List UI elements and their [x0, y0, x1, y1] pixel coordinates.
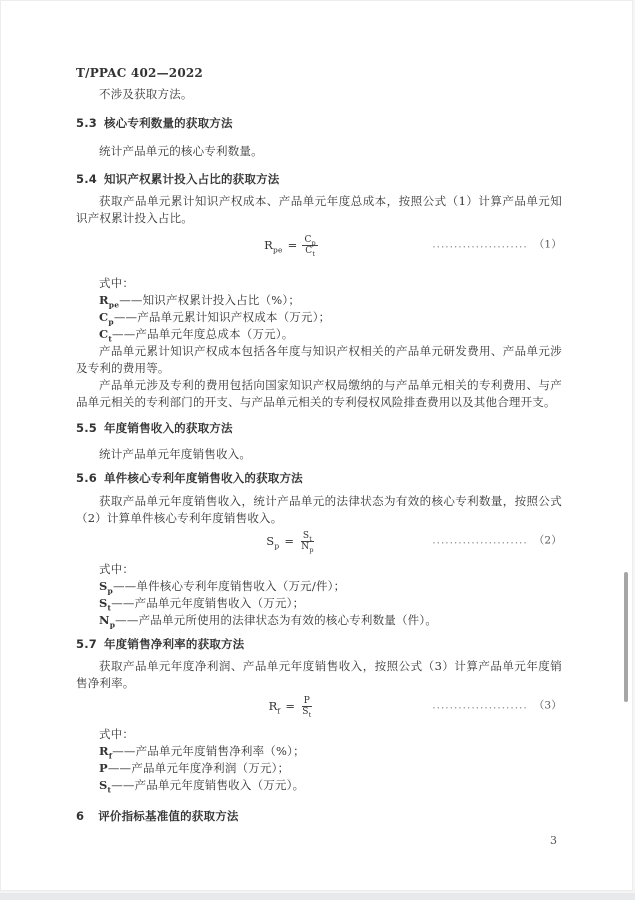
definition-text: ——产品单元所使用的法律状态为有效的核心专利数量（件）。: [115, 613, 437, 627]
section-number: 6: [76, 809, 84, 823]
fraction-numerator: Cp: [302, 235, 317, 246]
symbol: Rpe: [99, 293, 119, 307]
leader-dots: ......................: [432, 700, 527, 712]
definition-text: ——知识产权累计投入占比（%）；: [119, 293, 300, 307]
symbol: St: [99, 778, 111, 792]
section-title: 评价指标基准值的获取方法: [98, 809, 238, 823]
section-title: 年度销售收入的获取方法: [104, 421, 233, 435]
symbol: Ct: [99, 327, 112, 341]
fraction-denominator: Np: [299, 542, 315, 552]
section-number: 5.5: [76, 421, 97, 435]
paragraph-5-3: 统计产品单元的核心专利数量。: [76, 143, 562, 160]
fraction-denominator: St: [300, 707, 313, 717]
equation-label: （1）: [534, 239, 562, 251]
definition-text: ——产品单元年度销售收入（万元）；: [111, 596, 304, 610]
fraction-numerator: P: [302, 696, 312, 707]
equals-sign: =: [285, 698, 295, 715]
page-number: 3: [550, 834, 557, 847]
section-heading-5-3: 5.3核心专利数量的获取方法: [76, 115, 562, 132]
fraction: St Np: [299, 531, 315, 552]
paragraph-5-4-intro: 获取产品单元累计知识产权成本、产品单元年度总成本，按照公式（1）计算产品单元知识…: [76, 193, 562, 227]
scrollbar-thumb[interactable]: [624, 572, 628, 702]
definition-text: ——产品单元年度销售收入（万元）。: [111, 778, 304, 792]
page-bottom-edge: [0, 893, 635, 900]
symbol-definition: Sp——单件核心专利年度销售收入（万元/件）；: [76, 578, 562, 595]
fraction-numerator: St: [301, 531, 314, 542]
leader-dots: ......................: [432, 535, 527, 547]
section-title: 单件核心专利年度销售收入的获取方法: [104, 471, 303, 485]
where-label: 式中：: [76, 726, 562, 743]
symbol: Np: [99, 613, 115, 627]
symbol-definition: Ct——产品单元年度总成本（万元）。: [76, 326, 562, 343]
section-heading-5-6: 5.6单件核心专利年度销售收入的获取方法: [76, 470, 562, 487]
equation-3: Rf = P St: [269, 696, 314, 717]
symbol-definition: Np——产品单元所使用的法律状态为有效的核心专利数量（件）。: [76, 612, 562, 629]
definition-text: ——产品单元累计知识产权成本（万元）；: [114, 310, 331, 324]
definition-text: ——产品单元年度销售净利率（%）；: [112, 744, 305, 758]
fraction: P St: [300, 696, 313, 717]
equation-number-2: ......................（2）: [432, 533, 562, 550]
where-label: 式中：: [76, 275, 562, 292]
section-heading-5-4: 5.4知识产权累计投入占比的获取方法: [76, 171, 562, 188]
section-number: 5.3: [76, 116, 97, 130]
section-title: 知识产权累计投入占比的获取方法: [104, 172, 280, 186]
symbol-definition: Rpe——知识产权累计投入占比（%）；: [76, 292, 562, 309]
section-title: 核心专利数量的获取方法: [104, 116, 233, 130]
definition-text: ——产品单元年度净利润（万元）；: [108, 761, 289, 775]
formula-row-3: Rf = P St ......................（3）: [76, 692, 562, 720]
section-heading-5-5: 5.5年度销售收入的获取方法: [76, 420, 562, 437]
equation-number-3: ......................（3）: [432, 698, 562, 715]
symbol: P: [99, 761, 108, 775]
symbol: Sp: [99, 579, 113, 593]
equals-sign: =: [288, 237, 298, 254]
definition-text: ——单件核心专利年度销售收入（万元/件）；: [113, 579, 345, 593]
paragraph-5-4-note-1: 产品单元累计知识产权成本包括各年度与知识产权相关的产品单元研发费用、产品单元涉及…: [76, 343, 562, 377]
symbol: Rf: [99, 744, 112, 758]
formula-row-2: Sp = St Np ......................（2）: [76, 527, 562, 555]
equation-label: （2）: [534, 535, 562, 547]
section-heading-5-7: 5.7年度销售净利率的获取方法: [76, 636, 562, 653]
symbol: St: [99, 596, 111, 610]
equation-lhs: Sp: [266, 533, 279, 550]
equation-1: Rpe = Cp Ct: [264, 235, 318, 256]
document-page: T/PPAC 402—2022 不涉及获取方法。 5.3核心专利数量的获取方法 …: [0, 0, 633, 891]
paragraph-5-6-intro: 获取产品单元年度销售收入，统计产品单元的法律状态为有效的核心专利数量，按照公式（…: [76, 493, 562, 527]
fraction-denominator: Ct: [303, 246, 317, 256]
section-number: 5.7: [76, 637, 97, 651]
equation-label: （3）: [534, 700, 562, 712]
paragraph-5-4-note-2: 产品单元涉及专利的费用包括向国家知识产权局缴纳的与产品单元相关的专利费用、与产品…: [76, 377, 562, 411]
symbol-definition: St——产品单元年度销售收入（万元）；: [76, 595, 562, 612]
fraction: Cp Ct: [302, 235, 317, 256]
intro-paragraph: 不涉及获取方法。: [76, 86, 562, 103]
symbol-definition: Rf——产品单元年度销售净利率（%）；: [76, 743, 562, 760]
where-block-1: 式中： Rpe——知识产权累计投入占比（%）； Cp——产品单元累计知识产权成本…: [76, 275, 562, 343]
definition-text: ——产品单元年度总成本（万元）。: [112, 327, 293, 341]
section-title: 年度销售净利率的获取方法: [104, 637, 244, 651]
symbol: Cp: [99, 310, 114, 324]
symbol-definition: Cp——产品单元累计知识产权成本（万元）；: [76, 309, 562, 326]
section-heading-6: 6评价指标基准值的获取方法: [76, 808, 562, 825]
symbol-definition: St——产品单元年度销售收入（万元）。: [76, 777, 562, 794]
section-number: 5.4: [76, 172, 97, 186]
where-block-3: 式中： Rf——产品单元年度销售净利率（%）； P——产品单元年度净利润（万元）…: [76, 726, 562, 794]
standard-code-header: T/PPAC 402—2022: [76, 65, 562, 81]
section-number: 5.6: [76, 471, 97, 485]
where-block-2: 式中： Sp——单件核心专利年度销售收入（万元/件）； St——产品单元年度销售…: [76, 561, 562, 629]
equation-number-1: ......................（1）: [432, 237, 562, 254]
equals-sign: =: [284, 533, 294, 550]
equation-lhs: Rf: [269, 698, 281, 715]
page-content: T/PPAC 402—2022 不涉及获取方法。 5.3核心专利数量的获取方法 …: [76, 65, 562, 825]
where-label: 式中：: [76, 561, 562, 578]
paragraph-5-7-intro: 获取产品单元年度净利润、产品单元年度销售收入，按照公式（3）计算产品单元年度销售…: [76, 658, 562, 692]
formula-row-1: Rpe = Cp Ct ......................（1）: [76, 231, 562, 259]
equation-lhs: Rpe: [264, 237, 283, 254]
equation-2: Sp = St Np: [266, 531, 315, 552]
symbol-definition: P——产品单元年度净利润（万元）；: [76, 760, 562, 777]
paragraph-5-5: 统计产品单元年度销售收入。: [76, 446, 562, 463]
leader-dots: ......................: [432, 239, 527, 251]
